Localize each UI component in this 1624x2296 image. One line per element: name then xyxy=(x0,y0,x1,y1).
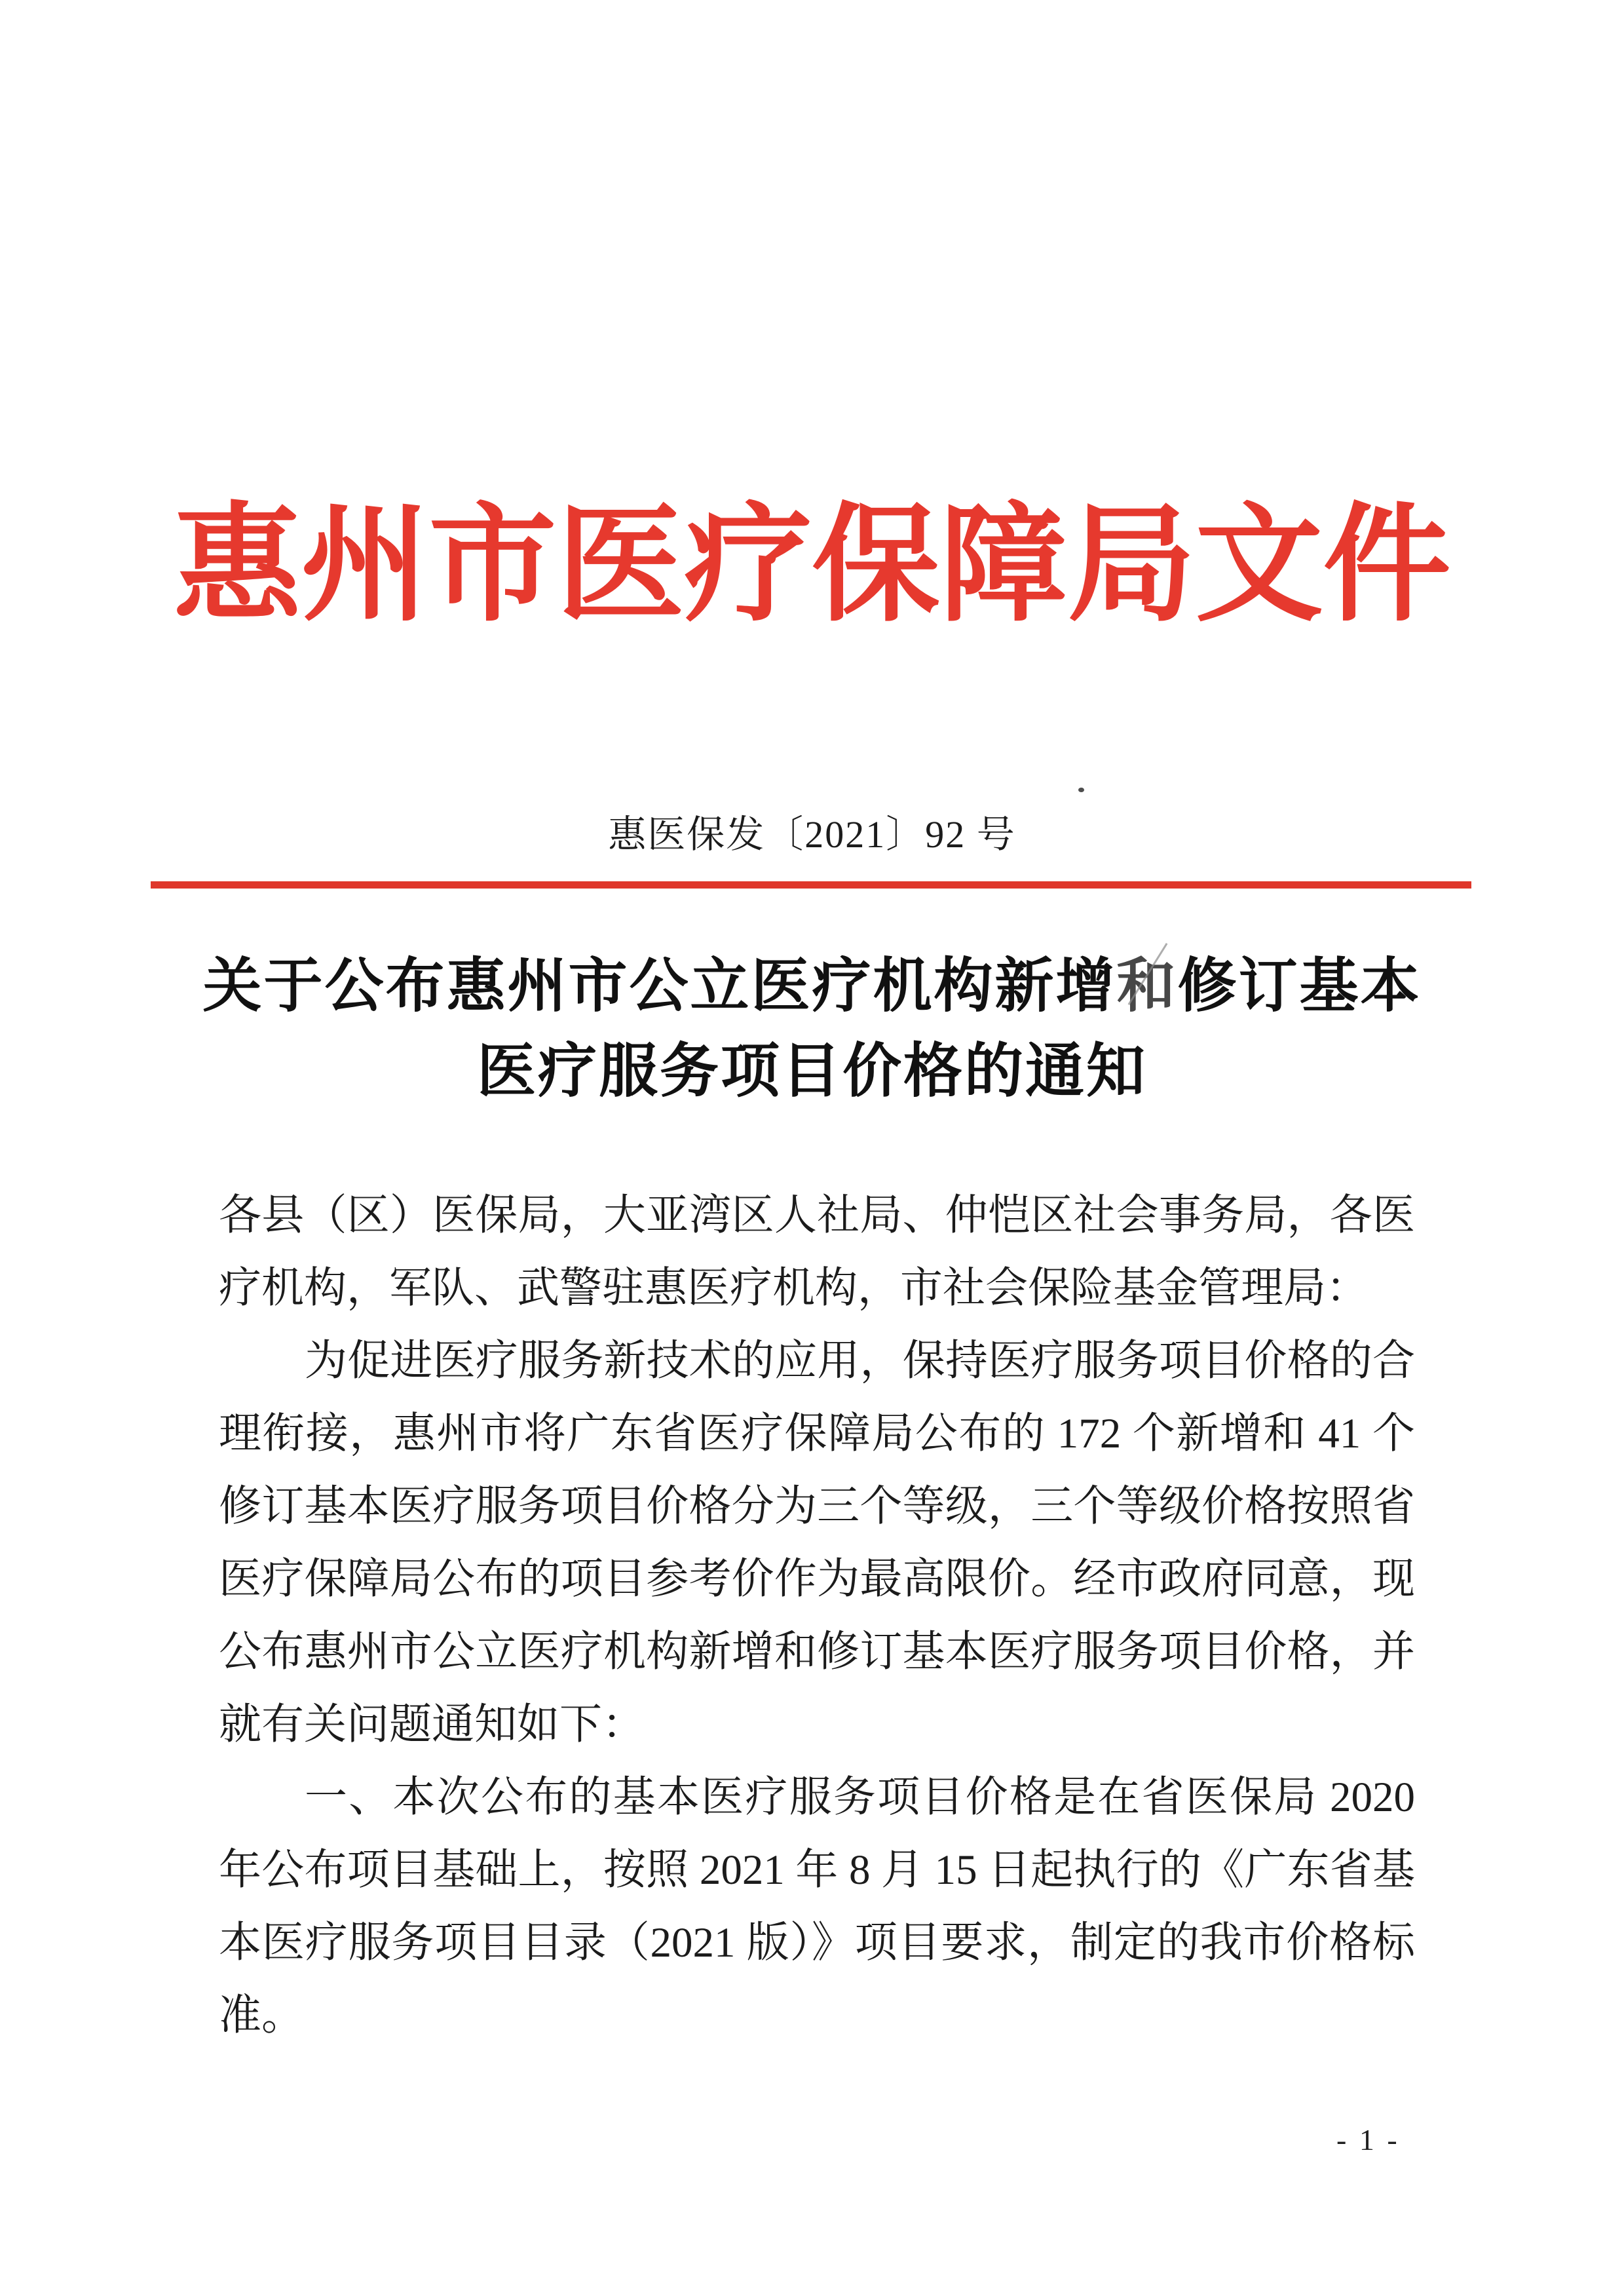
body-line: 各县（区）医保局，大亚湾区人社局、仲恺区社会事务局，各医 xyxy=(219,1179,1415,1252)
notice-title-line-2: 医疗服务项目价格的通知 xyxy=(0,1029,1624,1115)
body-line: 理衔接，惠州市将广东省医疗保障局公布的 172 个新增和 41 个 xyxy=(219,1398,1415,1470)
body-line: 医疗保障局公布的项目参考价作为最高限价。经市政府同意，现 xyxy=(219,1543,1415,1616)
body-line: 公布惠州市公立医疗机构新增和修订基本医疗服务项目价格，并 xyxy=(219,1616,1415,1689)
body-line: 修订基本医疗服务项目价格分为三个等级，三个等级价格按照省 xyxy=(219,1470,1415,1543)
red-divider-rule xyxy=(151,881,1471,889)
body-text: 各县（区）医保局，大亚湾区人社局、仲恺区社会事务局，各医 疗机构，军队、武警驻惠… xyxy=(219,1179,1415,2052)
title-line1-marked-text: 和 xyxy=(1117,954,1178,1019)
title-line1-pre: 关于公布惠州市公立医疗机构新增 xyxy=(203,954,1117,1019)
doc-number: 惠医保发〔2021〕92 号 xyxy=(0,811,1624,858)
body-line: 年公布项目基础上，按照 2021 年 8 月 15 日起执行的《广东省基 xyxy=(219,1834,1415,1907)
body-line: 为促进医疗服务新技术的应用，保持医疗服务项目价格的合 xyxy=(219,1325,1415,1398)
title-line1-marked-char: 和 xyxy=(1117,944,1178,1029)
document-page: 惠州市医疗保障局文件 惠医保发〔2021〕92 号 关于公布惠州市公立医疗机构新… xyxy=(0,0,1624,2296)
body-line: 本医疗服务项目目录（2021 版）》项目要求，制定的我市价格标 xyxy=(219,1907,1415,1980)
page-number: - 1 - xyxy=(1336,2122,1400,2158)
title-line1-post: 修订基本 xyxy=(1178,954,1422,1019)
notice-title-line-1: 关于公布惠州市公立医疗机构新增和修订基本 xyxy=(0,944,1624,1029)
body-line: 准。 xyxy=(219,1980,1415,2052)
scan-speck xyxy=(1078,788,1084,792)
notice-title: 关于公布惠州市公立医疗机构新增和修订基本 医疗服务项目价格的通知 xyxy=(0,944,1624,1115)
body-line: 一、本次公布的基本医疗服务项目价格是在省医保局 2020 xyxy=(219,1761,1415,1834)
body-line: 疗机构，军队、武警驻惠医疗机构，市社会保险基金管理局： xyxy=(219,1252,1415,1325)
body-line: 就有关问题通知如下： xyxy=(219,1689,1415,1761)
agency-header-title: 惠州市医疗保障局文件 xyxy=(0,484,1624,649)
